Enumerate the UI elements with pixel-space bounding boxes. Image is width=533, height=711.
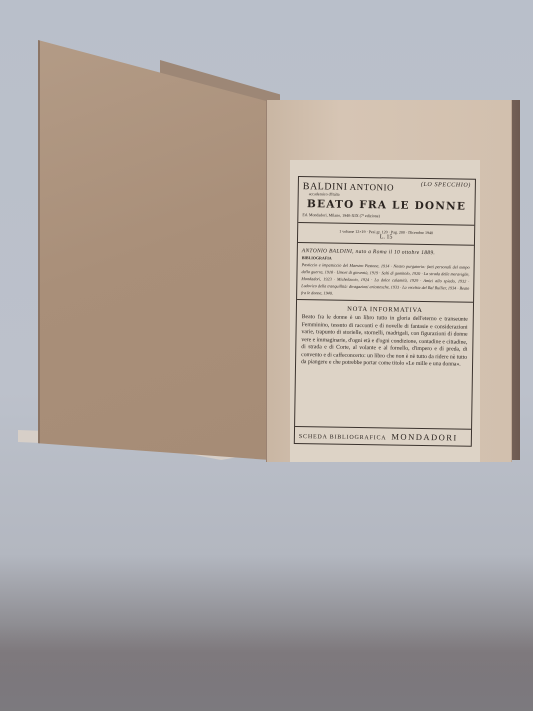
divider <box>297 299 473 303</box>
footer-label: SCHEDA BIBLIOGRAFICA <box>299 434 386 441</box>
left-cover <box>38 40 270 460</box>
author-surname: BALDINI <box>303 181 348 193</box>
divider <box>298 242 474 246</box>
nota-text: Beato fra le donne è un libro tutto in g… <box>296 312 473 371</box>
series-label: (LO SPECCHIO) <box>421 182 471 189</box>
bibliographic-card: BALDINI ANTONIO (LO SPECCHIO) accademico… <box>290 160 480 462</box>
bibliography-text: Pasticcio e impasticcio del Maestro Past… <box>297 261 474 299</box>
footer-brand: MONDADORI <box>391 432 458 443</box>
author-name: ANTONIO <box>350 182 394 193</box>
shadow-band <box>0 625 533 711</box>
divider <box>298 222 474 226</box>
author-line: BALDINI ANTONIO (LO SPECCHIO) <box>299 177 475 195</box>
card-frame: BALDINI ANTONIO (LO SPECCHIO) accademico… <box>294 176 476 447</box>
card-footer: SCHEDA BIBLIOGRAFICA MONDADORI <box>295 426 471 446</box>
